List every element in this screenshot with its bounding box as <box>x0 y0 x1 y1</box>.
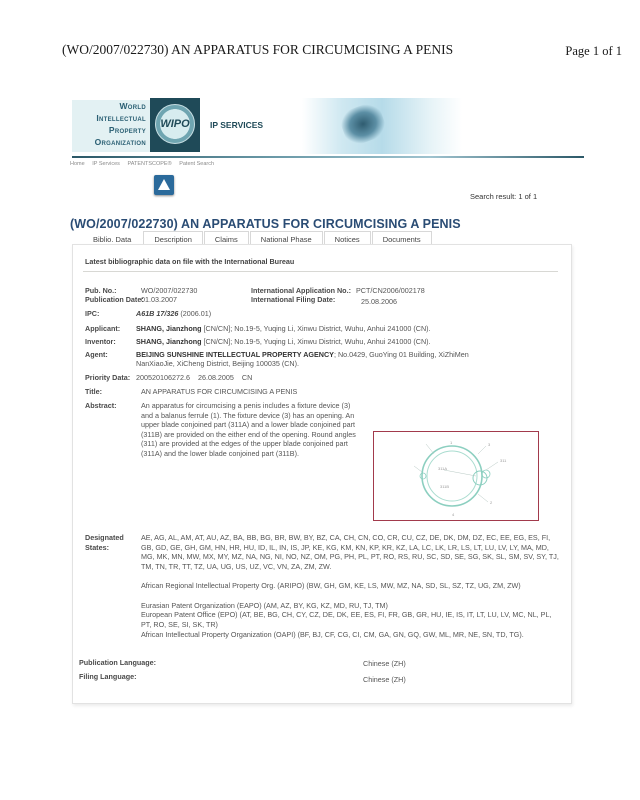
priority-data-value: 200520106272.6 26.08.2005 CN <box>136 373 252 382</box>
pub-no-label: Pub. No.: <box>85 286 117 295</box>
back-to-top-up-arrow-icon[interactable] <box>154 175 174 195</box>
inventor-name: SHANG, Jianzhong <box>136 337 202 346</box>
svg-text:1: 1 <box>450 440 453 445</box>
ipc-code-link[interactable]: A61B 17/326 <box>136 309 178 318</box>
print-title: (WO/2007/022730) AN APPARATUS FOR CIRCUM… <box>62 42 453 57</box>
applicant-name: SHANG, Jianzhong <box>136 324 202 333</box>
biblio-panel: Latest bibliographic data on file with t… <box>72 244 572 704</box>
breadcrumb-home[interactable]: Home <box>70 161 85 167</box>
applicant-value: SHANG, Jianzhong [CN/CN]; No.19-5, Yuqin… <box>136 324 431 333</box>
inventor-label: Inventor: <box>85 337 116 346</box>
publication-language-value: Chinese (ZH) <box>363 659 406 668</box>
designated-states-value: AE, AG, AL, AM, AT, AU, AZ, BA, BB, BG, … <box>141 533 559 571</box>
svg-text:3: 3 <box>488 442 491 447</box>
svg-text:4: 4 <box>452 512 455 517</box>
pub-date-value: 01.03.2007 <box>141 295 177 304</box>
pub-date-label: Publication Date: <box>85 295 144 304</box>
agent-name: BEIJING SUNSHINE INTELLECTUAL PROPERTY A… <box>136 350 334 359</box>
search-result-count: Search result: 1 of 1 <box>470 192 537 201</box>
agent-value: BEIJING SUNSHINE INTELLECTUAL PROPERTY A… <box>136 350 469 359</box>
wipo-emblem-icon[interactable]: WIPO <box>150 98 200 152</box>
svg-text:311B: 311B <box>440 484 449 489</box>
svg-text:311A: 311A <box>438 466 447 471</box>
filing-language-label: Filing Language: <box>79 672 137 681</box>
agent-label: Agent: <box>85 350 108 359</box>
document-title: (WO/2007/022730) AN APPARATUS FOR CIRCUM… <box>70 217 461 231</box>
abstract-label: Abstract: <box>85 401 117 410</box>
agent-detail-2: NanXiaoJie, XiCheng District, Beijing 10… <box>136 359 299 368</box>
title-label: Title: <box>85 387 102 396</box>
inventor-detail: [CN/CN]; No.19-5, Yuqing Li, Xinwu Distr… <box>204 337 431 346</box>
ipc-label: IPC: <box>85 309 99 318</box>
regional-aripo: African Regional Intellectual Property O… <box>141 581 559 591</box>
ip-services-label: IP SERVICES <box>210 120 263 130</box>
banner-divider <box>72 156 584 158</box>
inventor-value: SHANG, Jianzhong [CN/CN]; No.19-5, Yuqin… <box>136 337 431 346</box>
globe-icon: WIPO <box>155 104 195 144</box>
filing-language-value: Chinese (ZH) <box>363 675 406 684</box>
svg-text:311: 311 <box>500 458 507 463</box>
page-number: Page 1 of 1 <box>565 44 622 59</box>
panel-divider <box>83 271 558 272</box>
intl-app-no-value[interactable]: PCT/CN2006/002178 <box>356 286 425 295</box>
banner-graphic <box>302 98 462 154</box>
wipo-banner: World Intellectual Property Organization… <box>72 98 584 160</box>
publication-language-label: Publication Language: <box>79 658 156 667</box>
abstract-drawing[interactable]: 1 3 311 311A 311B 2 4 <box>373 431 539 521</box>
applicant-label: Applicant: <box>85 324 120 333</box>
applicant-detail: [CN/CN]; No.19-5, Yuqing Li, Xinwu Distr… <box>204 324 431 333</box>
intl-filing-date-label: International Filing Date: <box>251 295 335 304</box>
designated-states-label: Designated States: <box>85 533 133 552</box>
intl-filing-date-value: 25.08.2006 <box>361 297 397 306</box>
regional-epo: European Patent Office (EPO) (AT, BE, BG… <box>141 610 559 629</box>
circumcision-device-drawing-icon: 1 3 311 311A 311B 2 4 <box>374 432 538 520</box>
breadcrumb-ip-services[interactable]: IP Services <box>92 161 120 167</box>
svg-text:2: 2 <box>490 500 493 505</box>
breadcrumb-patent-search[interactable]: Patent Search <box>179 161 214 167</box>
title-value: AN APPARATUS FOR CIRCUMCISING A PENIS <box>141 387 297 396</box>
regional-oapi: African Intellectual Property Organizati… <box>141 630 559 640</box>
breadcrumb: Home IP Services PATENTSCOPE® Patent Sea… <box>70 161 220 167</box>
panel-heading: Latest bibliographic data on file with t… <box>85 257 294 266</box>
priority-data-label: Priority Data: <box>85 373 130 382</box>
ipc-version: (2006.01) <box>180 309 211 318</box>
breadcrumb-patentscope[interactable]: PATENTSCOPE® <box>127 161 171 167</box>
pub-no-value: WO/2007/022730 <box>141 286 197 295</box>
agent-detail: ; No.0429, GuoYing 01 Building, XiZhiMen <box>334 350 469 359</box>
wipo-logo-text[interactable]: World Intellectual Property Organization <box>72 100 150 152</box>
ipc-value: A61B 17/326 (2006.01) <box>136 309 211 318</box>
intl-app-no-label: International Application No.: <box>251 286 351 295</box>
abstract-text: An apparatus for circumcising a penis in… <box>141 401 363 459</box>
print-header: (WO/2007/022730) AN APPARATUS FOR CIRCUM… <box>62 42 582 58</box>
